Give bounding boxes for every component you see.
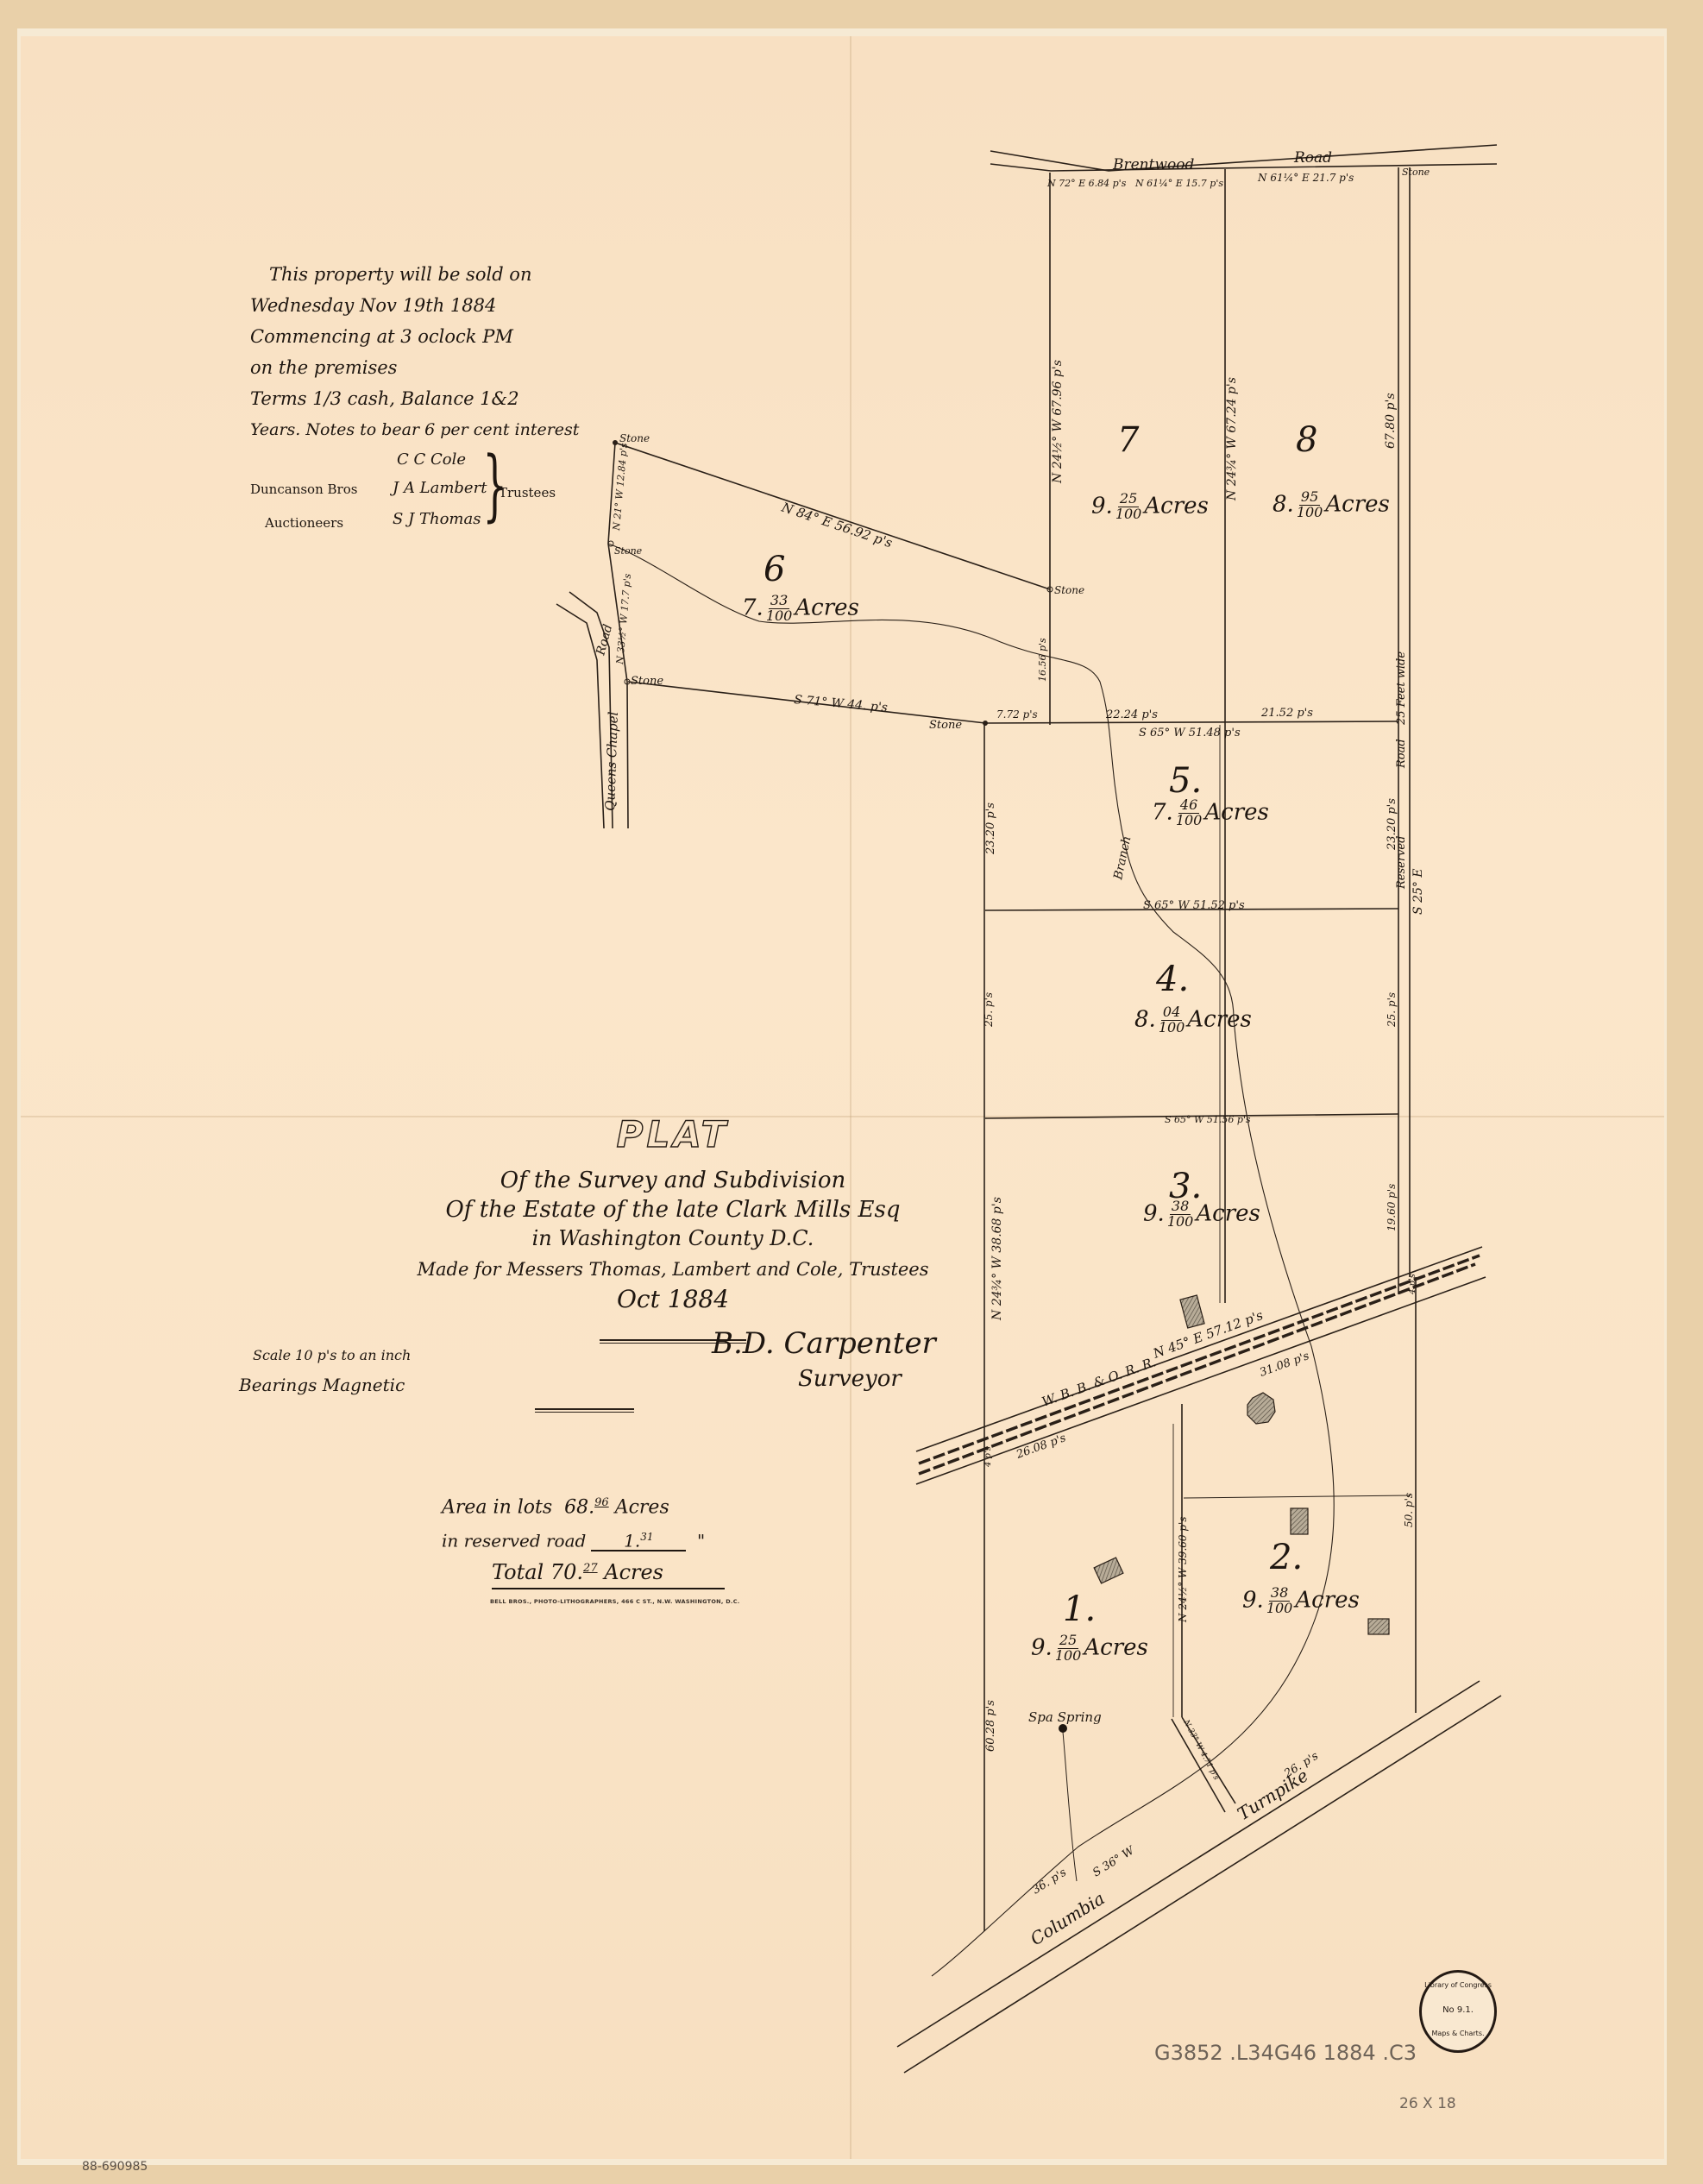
lot-1-number: 1. [1063, 1592, 1096, 1627]
bearing-label: N 61¼° E 21.7 p's [1257, 172, 1354, 184]
surveyor-signature: B.D. Carpenter [712, 1329, 936, 1358]
lot-6-number: 6 [764, 552, 785, 587]
bearing-label: 21.52 p's [1260, 707, 1313, 720]
area-lots: Area in lots 68.96 Acres [442, 1497, 669, 1517]
control-number: 88-690985 [82, 2160, 148, 2174]
title-line: Of the Survey and Subdivision [371, 1168, 975, 1193]
bearing-label: S 36° W [1090, 1843, 1138, 1879]
bearing-label: N 61¼° E 15.7 p's [1134, 178, 1223, 189]
bearing-label: N 33½° W 17.7 p's [614, 573, 633, 665]
sheet-size: 26 X 18 [1399, 2095, 1456, 2112]
trustee-name: J A Lambert [393, 481, 487, 496]
library-of-congress-stamp: Library of Congress No 9.1. Maps & Chart… [1419, 1970, 1497, 2053]
notice-line: This property will be sold on [250, 259, 579, 290]
area-road: in reserved road1.31 " [442, 1532, 705, 1551]
bearing-label: 7.72 p's [996, 708, 1038, 721]
bearing-label: 25. p's [983, 992, 995, 1028]
bearing-label: N 24½° W 39.60 p's [1177, 1517, 1189, 1623]
notice-line: on the premises [250, 352, 579, 383]
lithographer-imprint: BELL BROS., PHOTO-LITHOGRAPHERS, 466 C S… [490, 1598, 740, 1605]
stone-label: Stone [1402, 167, 1430, 178]
surveyor-title: Surveyor [798, 1368, 902, 1390]
bearing-label: N 24½° W 67.96 p's [1051, 360, 1065, 484]
stone-label: Stone [614, 545, 643, 557]
notice-line: Wednesday Nov 19th 1884 [250, 290, 579, 321]
lot-4-acres: 8.04100Acres [1134, 1005, 1252, 1035]
stone-label: Stone [631, 675, 663, 688]
brentwood-road-label: Road [1293, 149, 1332, 167]
lot-2-acres: 9.38100Acres [1242, 1586, 1360, 1616]
title-date: Oct 1884 [371, 1285, 975, 1313]
spa-spring-label: Spa Spring [1028, 1709, 1102, 1725]
title-line: Of the Estate of the late Clark Mills Es… [371, 1197, 975, 1223]
lot-5-number: 5. [1169, 764, 1202, 798]
lot-8-acres: 8.95100Acres [1273, 490, 1390, 520]
bearing-label: 4 p's [983, 1446, 993, 1468]
bearing-label: 36. p's [1030, 1866, 1069, 1898]
lot-7-acres: 9.25100Acres [1091, 492, 1209, 522]
bearing-label: 67.80 p's [1384, 393, 1398, 449]
lot-4-number: 4. [1156, 962, 1189, 997]
title-line: in Washington County D.C. [371, 1226, 975, 1250]
reserved-road-label: Road [1395, 739, 1408, 769]
bearing-label: 31.08 p's [1258, 1350, 1311, 1380]
lot-8-number: 8 [1296, 423, 1317, 457]
bearing-label: S 65° W 51.52 p's [1143, 899, 1245, 912]
bearing-label: S 65° W 51.48 p's [1139, 727, 1241, 740]
trustee-name: S J Thomas [393, 512, 481, 527]
title-line: Made for Messers Thomas, Lambert and Col… [371, 1259, 975, 1280]
bearing-label: N 24¾° W 67.24 p's [1225, 377, 1239, 501]
stone-label: Stone [1054, 584, 1084, 596]
bearing-label: N 72° E 6.84 p's [1046, 178, 1127, 189]
sale-notice: This property will be sold on Wednesday … [250, 259, 579, 445]
lot-5-acres: 7.46100Acres [1152, 798, 1269, 828]
bearing-label: 23.20 p's [984, 802, 997, 855]
notice-line: Terms 1/3 cash, Balance 1&2 [250, 383, 579, 414]
bearing-label: S 25° E [1411, 868, 1425, 915]
bearing-label: N 33° W 4.71 p's [1181, 1718, 1221, 1782]
bearing-label: 60.28 p's [984, 1700, 997, 1752]
bearing-label: N 45° E 57.12 p's [1150, 1307, 1265, 1362]
plat-heading: PLAT [371, 1113, 975, 1155]
bearing-label: 19.60 p's [1386, 1184, 1398, 1231]
lot-7-number: 7 [1117, 423, 1139, 457]
lot-6-acres: 7.33100Acres [742, 594, 859, 624]
bearing-label: S 71° W 44. p's [794, 693, 889, 714]
bearing-label: 50. p's [1403, 1493, 1415, 1527]
trustees-label: Trustees [499, 485, 556, 500]
bearing-label: N 24¾° W 38.68 p's [990, 1197, 1004, 1321]
area-total: Total 70.27 Acres [492, 1562, 725, 1589]
bearings-note: Bearings Magnetic [239, 1376, 405, 1394]
lot-1-acres: 9.25100Acres [1031, 1633, 1148, 1664]
bearing-label: 25. p's [1386, 992, 1398, 1028]
call-number: G3852 .L34G46 1884 .C3 [1154, 2041, 1417, 2065]
notice-line: Years. Notes to bear 6 per cent interest [250, 414, 579, 445]
stone-label: Stone [929, 719, 962, 732]
bearing-label: 4 p's [1408, 1274, 1417, 1295]
reserved-road-label: 25 Feet wide [1395, 651, 1408, 726]
branch-label: Branch [1111, 834, 1134, 881]
bearing-label: N 84° E 56.92 p's [779, 499, 895, 551]
brentwood-road-label: Brentwood [1112, 156, 1194, 173]
bearing-label: 16.56 p's [1037, 638, 1048, 682]
title-block: PLAT Of the Survey and Subdivision Of th… [371, 1113, 975, 1344]
queens-chapel-road-label: Road [594, 623, 615, 658]
bearing-label: 22.24 p's [1105, 708, 1158, 721]
notice-line: Commencing at 3 oclock PM [250, 321, 579, 352]
columbia-turnpike-label: Turnpike [1234, 1765, 1312, 1824]
lot-2-number: 2. [1270, 1540, 1303, 1575]
stone-label: Stone [619, 432, 650, 444]
scale-note: Scale 10 p's to an inch [253, 1349, 411, 1363]
bearing-label: S 65° W 51.56 p's [1165, 1114, 1251, 1125]
queens-chapel-road-label: Queens Chapel [602, 711, 621, 811]
divider-rule [535, 1408, 634, 1413]
lot-3-acres: 9.38100Acres [1143, 1199, 1260, 1230]
trustee-name: C C Cole [397, 452, 466, 468]
auctioneer-name: Duncanson Bros [250, 481, 357, 497]
reserved-road-label: Reserved [1395, 836, 1408, 890]
auctioneer-label: Auctioneers [265, 515, 343, 531]
